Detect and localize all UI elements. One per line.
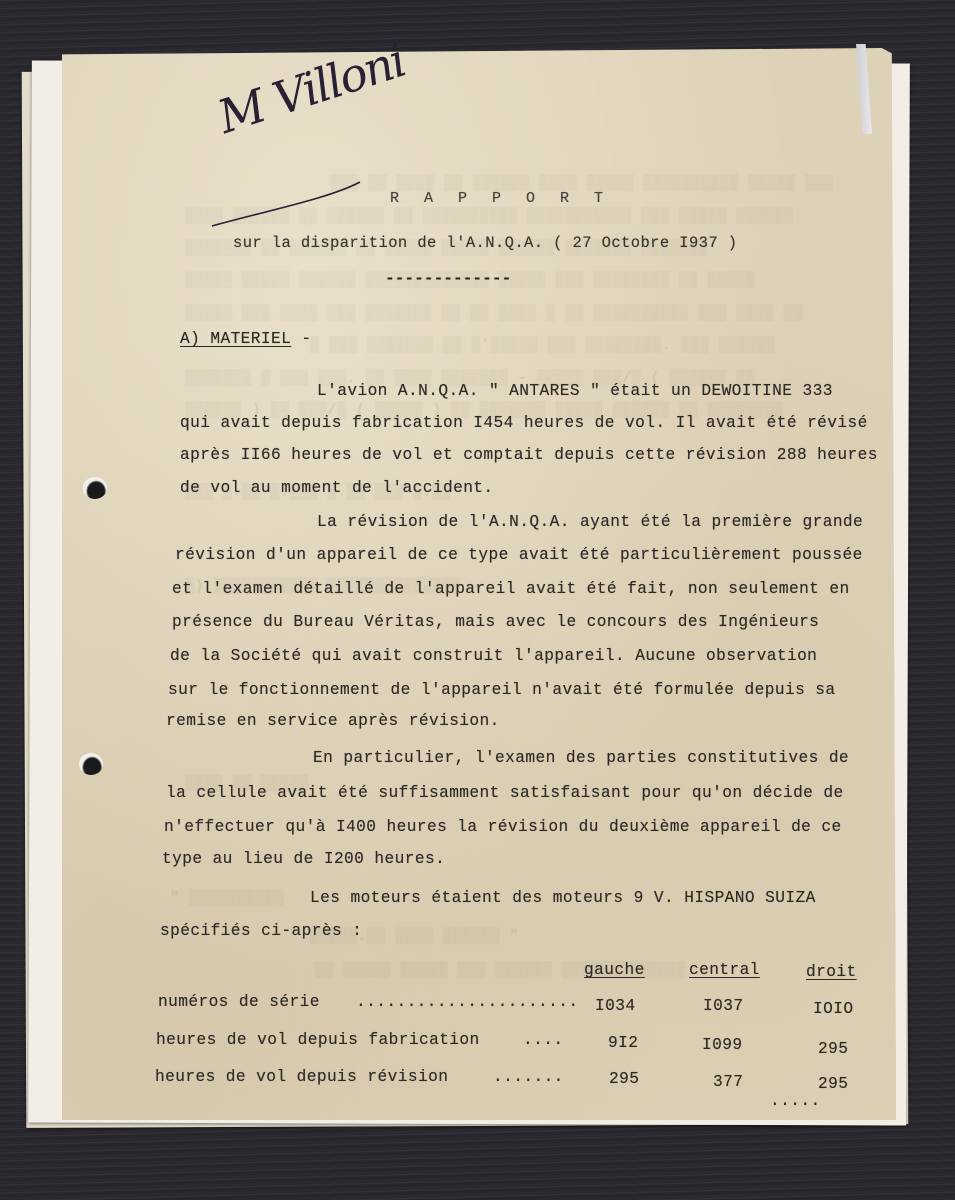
value-central: I099 <box>702 1036 742 1054</box>
body-line: qui avait depuis fabrication I454 heures… <box>180 414 868 432</box>
value-gauche: 9I2 <box>608 1034 638 1052</box>
section-heading-dash: - <box>291 330 311 348</box>
value-droit: 295 <box>818 1075 848 1093</box>
section-heading-label: A) MATERIEL <box>180 330 291 348</box>
body-line: révision d'un appareil de ce type avait … <box>175 546 863 564</box>
value-central: 377 <box>713 1073 743 1091</box>
body-line: Les moteurs étaient des moteurs 9 V. HIS… <box>310 889 816 907</box>
title-separator: ------------- <box>385 270 511 288</box>
column-header-central: central <box>689 961 760 979</box>
column-header-gauche: gauche <box>584 961 645 979</box>
report-subtitle: sur la disparition de l'A.N.Q.A. ( 27 Oc… <box>233 234 737 252</box>
value-droit: IOIO <box>813 1000 853 1018</box>
row-leader-dots: ....... <box>493 1068 564 1086</box>
row-leader-dots: .... <box>523 1031 563 1049</box>
body-line: de vol au moment de l'accident. <box>180 479 494 497</box>
punch-hole-icon <box>83 477 107 499</box>
section-heading: A) MATERIEL - <box>180 330 312 348</box>
body-line: En particulier, l'examen des parties con… <box>313 749 849 767</box>
punch-hole-icon <box>79 753 103 775</box>
value-central: I037 <box>703 997 743 1015</box>
value-gauche: 295 <box>609 1070 639 1088</box>
body-line: L'avion A.N.Q.A. " ANTARES " était un DE… <box>317 382 833 400</box>
row-label: numéros de série <box>158 993 320 1011</box>
body-line: après II66 heures de vol et comptait dep… <box>180 446 878 464</box>
continuation-dots: ..... <box>770 1092 821 1110</box>
value-gauche: I034 <box>595 997 635 1015</box>
body-line: sur le fonctionnement de l'appareil n'av… <box>168 681 836 699</box>
body-line: n'effectuer qu'à I400 heures la révision… <box>164 818 842 836</box>
row-leader-dots: ...................... <box>356 993 579 1011</box>
row-label: heures de vol depuis fabrication <box>156 1031 480 1049</box>
value-droit: 295 <box>818 1040 848 1058</box>
body-line: La révision de l'A.N.Q.A. ayant été la p… <box>317 513 863 531</box>
body-line: et l'examen détaillé de l'appareil avait… <box>172 580 850 598</box>
body-line: remise en service après révision. <box>166 712 500 730</box>
handwritten-underline-icon <box>210 180 410 240</box>
body-line: présence du Bureau Véritas, mais avec le… <box>172 613 819 631</box>
column-header-droit: droit <box>806 963 857 981</box>
body-line: la cellule avait été suffisamment satisf… <box>166 784 844 802</box>
body-line: spécifiés ci-après : <box>160 922 362 940</box>
row-label: heures de vol depuis révision <box>155 1068 448 1086</box>
body-line: type au lieu de I200 heures. <box>162 850 445 868</box>
body-line: de la Société qui avait construit l'appa… <box>170 647 817 665</box>
report-title: R A P P O R T <box>390 190 611 207</box>
